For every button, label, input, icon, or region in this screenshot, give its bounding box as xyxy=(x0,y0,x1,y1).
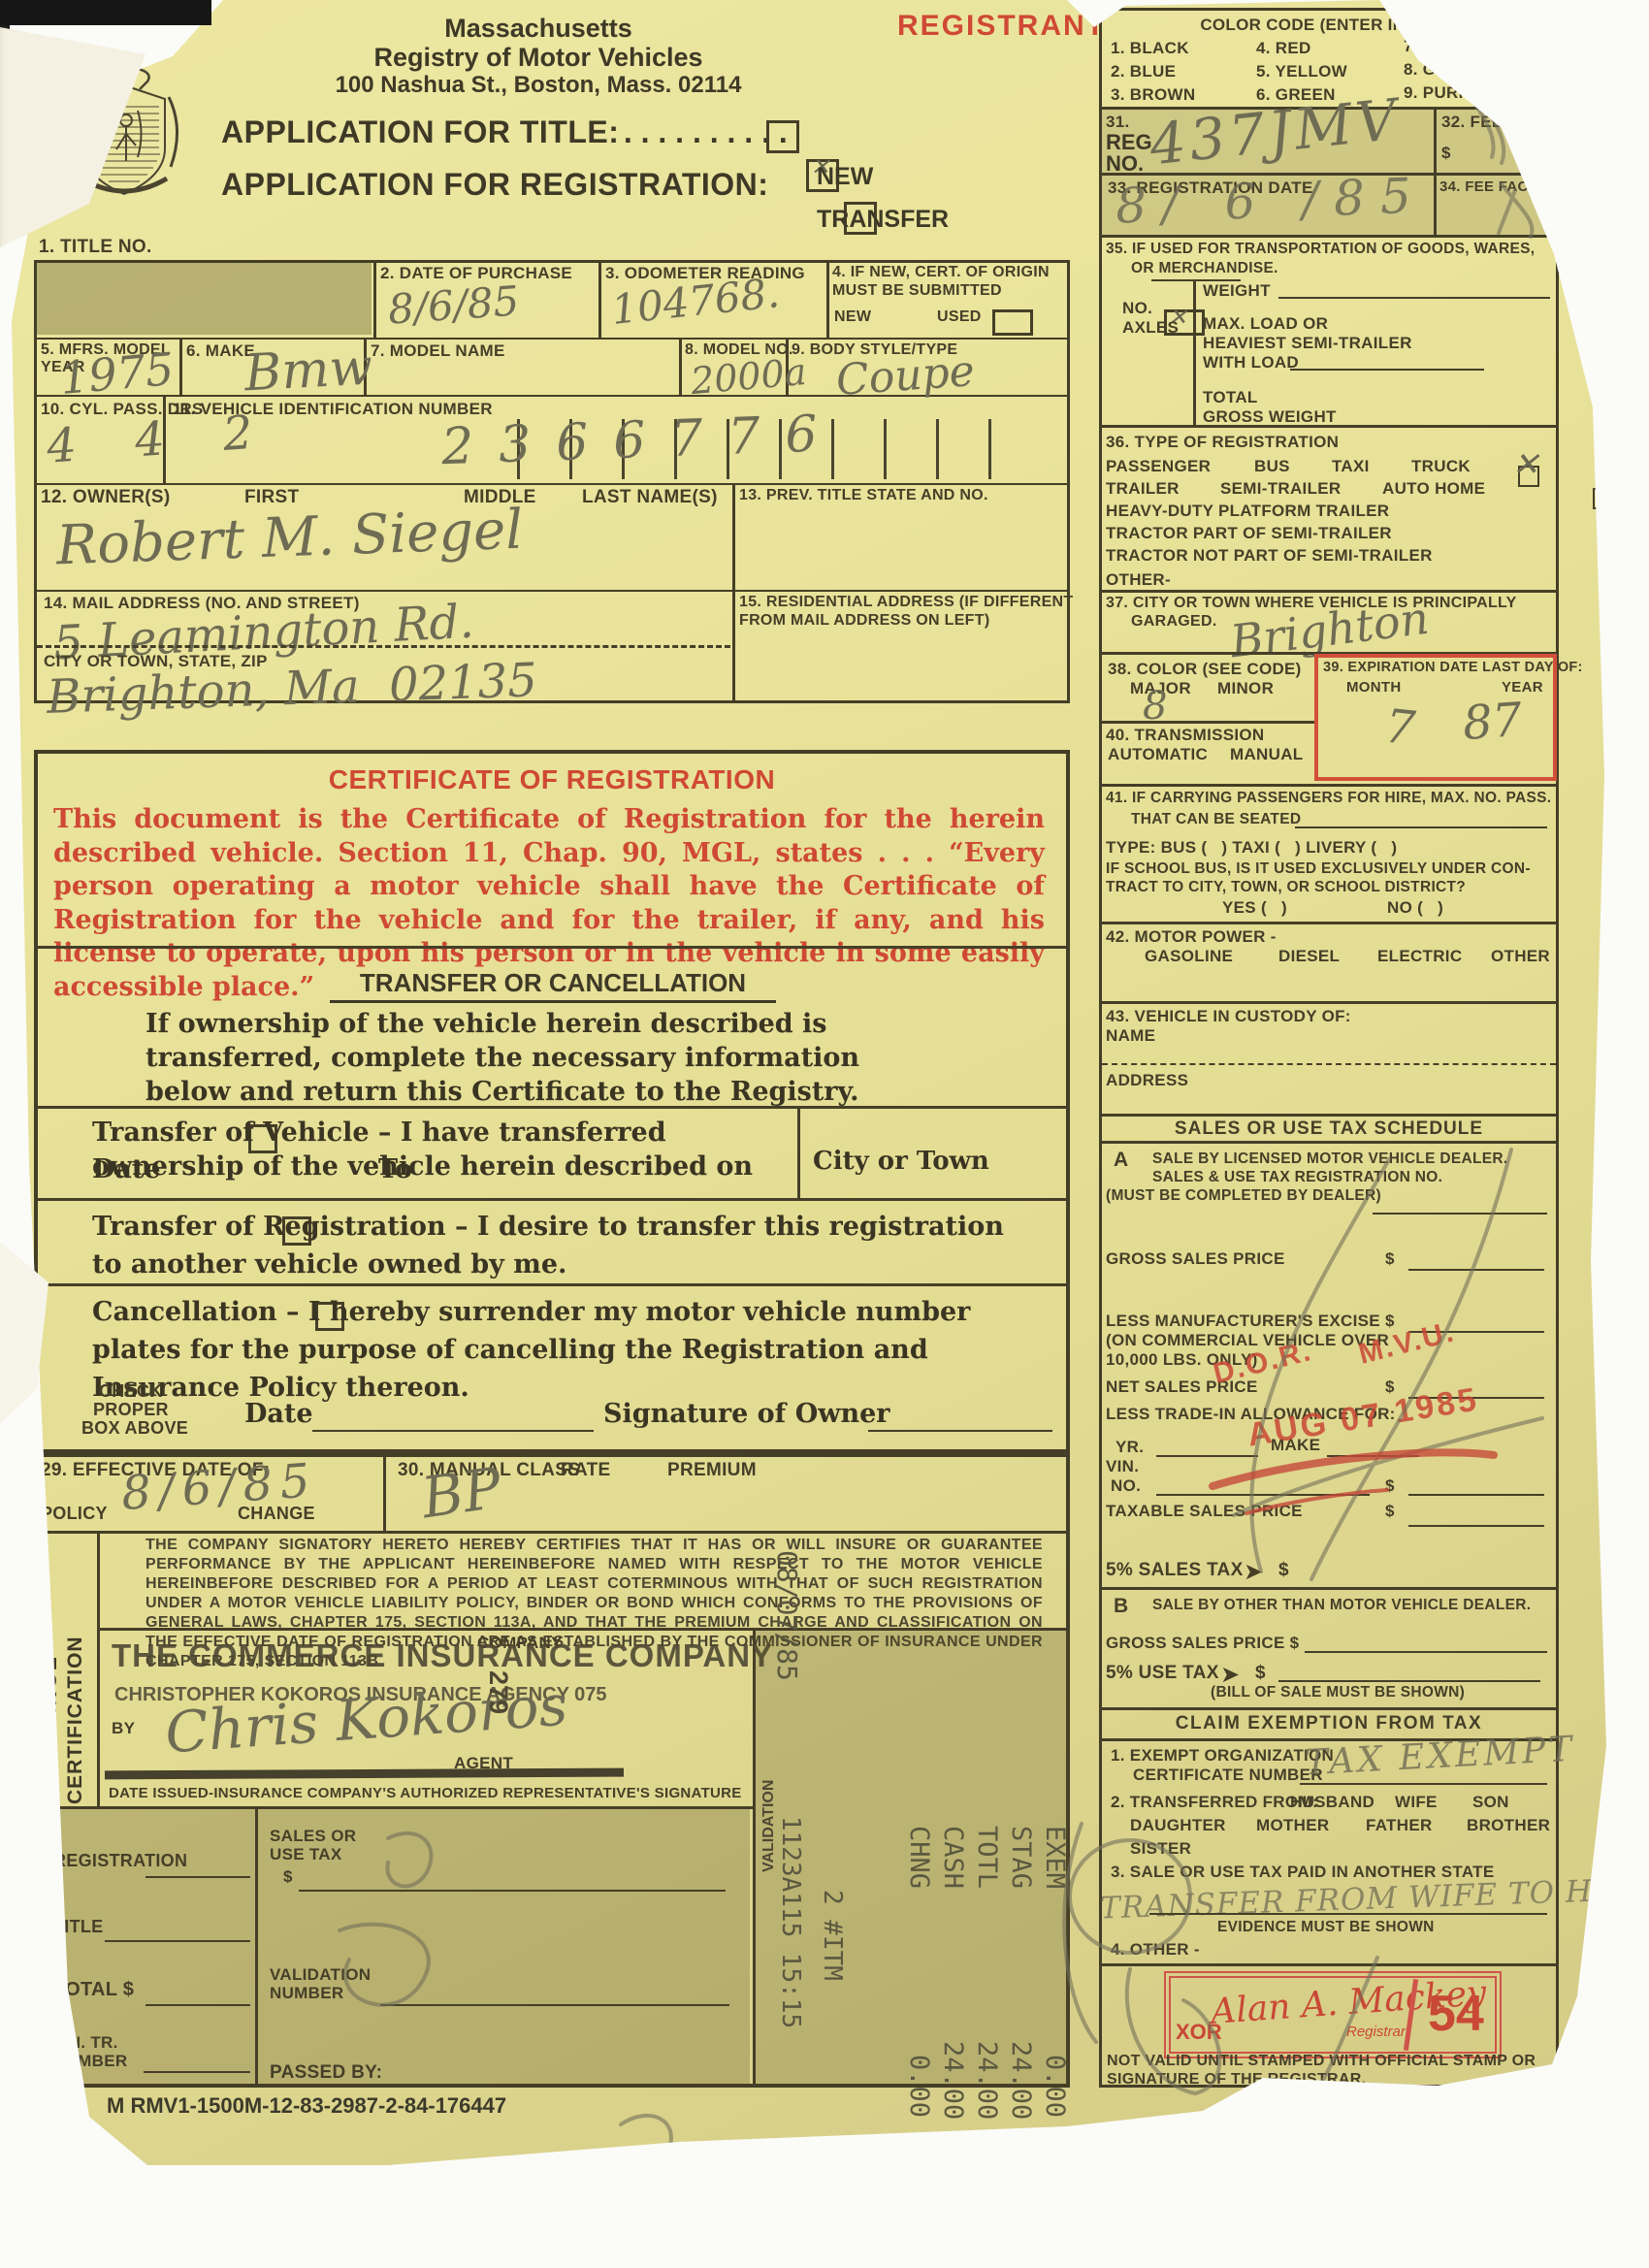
tax-b-label: B xyxy=(1114,1595,1128,1618)
field29-30-divider xyxy=(383,1453,386,1531)
field32-dollar: $ xyxy=(1441,144,1451,163)
sales-use-label2: USE TAX xyxy=(270,1845,342,1864)
fees-box-top xyxy=(34,1806,753,1809)
color-code-item-7: 7. WHITE xyxy=(1404,37,1477,56)
field33-value: 8/ 6 /85 xyxy=(1115,167,1428,234)
field15-line2: FROM MAIL ADDRESS ON LEFT) xyxy=(739,612,989,630)
tax-vin-dollar: $ xyxy=(1385,1476,1395,1496)
imprint-amount-exem: 0.00 xyxy=(1040,2055,1070,2171)
field40-auto-label: AUTOMATIC xyxy=(1108,745,1208,764)
color-code-item-2: 2. BLUE xyxy=(1111,62,1176,81)
field39-label: 39. EXPIRATION DATE LAST DAY OF: xyxy=(1323,660,1583,675)
f36-heavy-label: HEAVY-DUTY PLATFORM TRAILER xyxy=(1106,502,1389,521)
registrar-number: 54 xyxy=(1428,1985,1484,2043)
field43-label: 43. VEHICLE IN CUSTODY OF: xyxy=(1106,1007,1351,1026)
title-checkbox xyxy=(766,120,799,153)
field31-label: 31. xyxy=(1106,113,1130,132)
grid-v-r1a xyxy=(373,260,376,338)
premium-label: PREMIUM xyxy=(667,1460,757,1481)
tax-vin-label: VIN. xyxy=(1106,1457,1139,1476)
imprint-receipt-no: 1123A115 15:15 xyxy=(776,1816,805,2088)
certificate-divider xyxy=(34,946,1070,949)
insurance-vertical-divider xyxy=(97,1531,100,1806)
field4-used-label: USED xyxy=(937,308,982,326)
exemption-husband-label: HUSBAND xyxy=(1290,1793,1374,1812)
transfer-divider2 xyxy=(34,1283,1070,1286)
field39-year-value: 87 xyxy=(1461,693,1524,751)
tax-taxable-label: TAXABLE SALES PRICE xyxy=(1106,1502,1303,1521)
field6-value: Bmw xyxy=(243,339,374,404)
owner-date-line xyxy=(312,1430,594,1432)
cancellation-text: Cancellation – I hereby surrender my mot… xyxy=(92,1293,994,1407)
company-number: 279 xyxy=(483,1670,513,1763)
field35-weight-line xyxy=(1278,297,1550,299)
exemption-daughter-label: DAUGHTER xyxy=(1130,1816,1226,1835)
fin-tr-label1: FIN. TR. xyxy=(53,2033,118,2053)
field41-no: NO ( ) xyxy=(1387,898,1443,918)
rc-h-2024 xyxy=(1099,1963,1559,1966)
tax-yr-line xyxy=(1156,1455,1258,1457)
rc-h-1636 xyxy=(1099,1587,1559,1590)
grid-h3 xyxy=(34,483,1070,485)
signature-caption: DATE ISSUED-INSURANCE COMPANY'S AUTHORIZ… xyxy=(109,1785,742,1801)
tax-gross-label: GROSS SALES PRICE xyxy=(1106,1249,1285,1269)
title-fee-line xyxy=(105,1940,250,1942)
field39-month-value: 7 xyxy=(1382,699,1417,757)
exemption-item1b: CERTIFICATE NUMBER xyxy=(1133,1766,1323,1785)
tax-yr-label: YR. xyxy=(1115,1438,1144,1457)
tax-sales5-arrow-icon: ➤ xyxy=(1244,1558,1263,1586)
tax-make-line xyxy=(1327,1455,1419,1457)
imprint-amount-cash: 24.00 xyxy=(938,2041,968,2177)
company-stamp: THE COMMERCE INSURANCE COMPANY xyxy=(112,1637,773,1674)
title-no-field xyxy=(37,263,372,335)
field41-seated-line xyxy=(1295,826,1547,828)
insurance-vertical-label-1: INSURANCE xyxy=(39,1544,62,1801)
field38-label: 38. COLOR (SEE CODE) xyxy=(1108,660,1302,679)
exemption-item4: 4. OTHER - xyxy=(1111,1940,1200,1960)
fees-divider xyxy=(255,1806,258,2088)
registration-fee-line xyxy=(145,1876,250,1878)
field35-total2: GROSS WEIGHT xyxy=(1203,407,1337,427)
app-registration-label: APPLICATION FOR REGISTRATION: xyxy=(221,167,768,203)
scanner-edge-strip xyxy=(0,0,211,25)
imprint-amount-chng: 0.00 xyxy=(904,2055,934,2171)
imprint-amount-stag: 24.00 xyxy=(1006,2041,1036,2177)
color-code-item-8: 8. GRAY xyxy=(1404,60,1471,80)
tax-a-line1: SALE BY LICENSED MOTOR VEHICLE DEALER. xyxy=(1152,1150,1508,1168)
rc-h-1760 xyxy=(1099,1707,1559,1710)
city-or-town-divider xyxy=(797,1106,800,1198)
field35-divider xyxy=(1193,279,1196,425)
grid-v-r4 xyxy=(732,483,735,590)
exemption-brother-label: BROTHER xyxy=(1467,1816,1550,1835)
imprint-code-cash: CASH xyxy=(938,1826,968,1932)
tax-b-gross-line xyxy=(1305,1651,1547,1653)
field11-label: 11. VEHICLE IDENTIFICATION NUMBER xyxy=(173,400,493,419)
form-number: M RMV1-1500M-12-83-2987-2-84-176447 xyxy=(107,2093,506,2119)
f36-trailer-checkbox xyxy=(1593,488,1614,509)
validation-number-label2: NUMBER xyxy=(270,1984,343,2003)
field30-value: BP xyxy=(418,1455,505,1532)
field12-last-label: LAST NAME(S) xyxy=(582,487,718,508)
transfer-vehicle-text: Transfer of Vehicle – I have transferred… xyxy=(92,1116,776,1183)
color-code-item-4: 4. RED xyxy=(1256,39,1311,58)
exemption-son-label: SON xyxy=(1472,1793,1509,1812)
field41-type: TYPE: BUS ( ) TAXI ( ) LIVERY ( ) xyxy=(1106,838,1397,858)
rc-h-608 xyxy=(1099,590,1559,593)
grid-h4 xyxy=(34,590,1070,592)
registrant-label: REGISTRANT xyxy=(897,10,1106,43)
owner-signature-line xyxy=(868,1430,1052,1432)
color-code-item-1: 1. BLACK xyxy=(1111,39,1189,58)
transfer-intro: If ownership of the vehicle herein descr… xyxy=(145,1007,951,1109)
transfer-vehicle-city-label: City or Town xyxy=(813,1147,989,1176)
application-for-title-row: APPLICATION FOR TITLE: . . . . . . . . .… xyxy=(221,114,788,150)
rc-h-242 xyxy=(1099,235,1559,238)
by-label: BY xyxy=(112,1719,135,1738)
f36-tractor2-label: TRACTOR NOT PART OF SEMI-TRAILER xyxy=(1106,546,1433,566)
app-title-dots: . . . . . . . . . . xyxy=(624,114,788,149)
insurance-divider-top xyxy=(34,1531,1070,1534)
grid-v-r5 xyxy=(732,590,735,703)
transfer-label: TRANSFER xyxy=(817,206,949,234)
grid-h1 xyxy=(34,338,1070,340)
f36-taxi-label: TAXI xyxy=(1332,457,1370,476)
total-fee-line xyxy=(145,2004,250,2006)
f36-bus-label: BUS xyxy=(1254,457,1290,476)
rc-h-950 xyxy=(1099,922,1559,924)
rc-h-1032 xyxy=(1099,1001,1559,1004)
field40-manual-label: MANUAL xyxy=(1230,745,1303,764)
field42-electric-label: ELECTRIC xyxy=(1377,947,1462,966)
tax-use5-label: 5% USE TAX xyxy=(1106,1663,1219,1684)
app-title-label: APPLICATION FOR TITLE: xyxy=(221,114,619,149)
owner-date-label: Date xyxy=(244,1399,313,1429)
tax-gross-dollar: $ xyxy=(1385,1249,1395,1269)
field41-line2: THAT CAN BE SEATED xyxy=(1131,811,1301,828)
tax-header: SALES OR USE TAX SCHEDULE xyxy=(1106,1118,1552,1140)
f36-truck-label: TRUCK xyxy=(1411,457,1471,476)
grid-v-r1b xyxy=(598,260,601,338)
field29-change-label: CHANGE xyxy=(238,1504,315,1524)
transfer-registration-text: Transfer of Registration – I desire to t… xyxy=(92,1208,1004,1283)
field43-dashed xyxy=(1102,1063,1556,1065)
color-code-item-5: 5. YELLOW xyxy=(1256,62,1347,81)
f36-autohome-label: AUTO HOME xyxy=(1382,479,1485,499)
exemption-item2: 2. TRANSFERRED FROM: xyxy=(1111,1793,1318,1812)
imprint-code-chng: CHNG xyxy=(904,1826,934,1932)
tax-gross-line xyxy=(1408,1269,1544,1271)
tax-b-line1: SALE BY OTHER THAN MOTOR VEHICLE DEALER. xyxy=(1152,1597,1531,1614)
field36-label: 36. TYPE OF REGISTRATION xyxy=(1106,433,1339,452)
imprint-date: 08/07/85 xyxy=(771,1550,803,1725)
imprint-code-totl: TOTL xyxy=(972,1826,1002,1932)
tax-excise-dollar: $ xyxy=(1385,1312,1395,1331)
field43-address-label: ADDRESS xyxy=(1106,1071,1188,1090)
transfer-vehicle-to-label: To xyxy=(378,1154,412,1184)
tax-a-line2: SALES & USE TAX REGISTRATION NO. xyxy=(1152,1169,1442,1186)
tax-sales5-label: 5% SALES TAX xyxy=(1106,1560,1244,1581)
field34-label: 34. FEE FACTOR xyxy=(1439,178,1560,195)
insurance-vertical-label-2: CERTIFICATION xyxy=(64,1538,87,1804)
rc-v-33-34 xyxy=(1434,173,1437,235)
field35-line2: OR MERCHANDISE. xyxy=(1131,260,1278,277)
field42-other-label: OTHER xyxy=(1491,947,1550,966)
fin-tr-label2: NUMBER xyxy=(53,2052,127,2071)
exemption-cert-line xyxy=(1300,1783,1547,1785)
total-fee-label: TOTAL $ xyxy=(53,1979,134,2001)
rc-h-1176 xyxy=(1099,1141,1559,1144)
title-fee-label: TITLE xyxy=(53,1917,104,1937)
color-code-item-9: 9. PURPLE xyxy=(1404,83,1492,103)
color-code-item-3: 3. BROWN xyxy=(1111,85,1195,105)
imprint-amount-totl: 24.00 xyxy=(972,2041,1002,2177)
f36-semi-label: SEMI-TRAILER xyxy=(1220,479,1341,499)
tax-sales5-dollar: $ xyxy=(1278,1560,1289,1581)
field41-school1: IF SCHOOL BUS, IS IT USED EXCLUSIVELY UN… xyxy=(1106,860,1531,878)
f36-bus-checkbox xyxy=(1625,466,1646,487)
header-registry: Registry of Motor Vehicles xyxy=(247,43,829,73)
exemption-header: CLAIM EXEMPTION FROM TAX xyxy=(1106,1713,1552,1734)
tax-a-regno-line xyxy=(1373,1213,1547,1215)
field2-value: 8/6/85 xyxy=(386,276,520,333)
validation-number-line xyxy=(380,2004,729,2006)
grid-v-r1c xyxy=(826,260,829,338)
transfer-divider0 xyxy=(34,1106,1070,1109)
exemption-father-label: FATHER xyxy=(1366,1816,1433,1835)
field35-weight: WEIGHT xyxy=(1203,281,1271,301)
field37-line2: GARAGED. xyxy=(1131,613,1217,631)
field1-label: 1. TITLE NO. xyxy=(39,237,152,258)
tax-excise1: LESS MANUFACTURER'S EXCISE xyxy=(1106,1312,1380,1331)
transfer-vehicle-date-label: Date xyxy=(92,1154,161,1184)
color-code-title: COLOR CODE (ENTER IN BLOC xyxy=(1106,16,1552,35)
grid-v-r2a xyxy=(179,338,182,395)
field43-name-label: NAME xyxy=(1106,1026,1155,1046)
field41-school2: TRACT TO CITY, TOWN, OR SCHOOL DISTRICT? xyxy=(1106,879,1466,896)
field41-line1: 41. IF CARRYING PASSENGERS FOR HIRE, MAX… xyxy=(1106,790,1551,807)
field35-axles1: NO. xyxy=(1122,299,1152,318)
rate-label: RATE xyxy=(561,1460,611,1481)
field15-line1: 15. RESIDENTIAL ADDRESS (IF DIFFERENT xyxy=(739,594,1073,611)
imprint-code-stag: STAG xyxy=(1006,1826,1036,1932)
field35-total1: TOTAL xyxy=(1203,388,1258,407)
field29-policy-label: POLICY xyxy=(41,1504,108,1524)
fin-tr-line xyxy=(144,2071,250,2073)
scanned-form-paper: Massachusetts Registry of Motor Vehicles… xyxy=(0,0,1649,2268)
tax-a-note: (MUST BE COMPLETED BY DEALER) xyxy=(1106,1187,1381,1205)
exemption-item1a: 1. EXEMPT ORGANIZATION xyxy=(1111,1746,1334,1766)
registrar-title: Registrar xyxy=(1346,2024,1406,2040)
grid-v-r2c xyxy=(679,338,682,395)
header-state: Massachusetts xyxy=(247,14,829,44)
transfer-divider1 xyxy=(34,1198,1070,1201)
tax-taxable-dollar: $ xyxy=(1385,1502,1395,1521)
f36-passenger-label: PASSENGER xyxy=(1106,457,1211,476)
tax-excise2: (ON COMMERCIAL VEHICLE OVER xyxy=(1106,1331,1389,1350)
rc-h-1148 xyxy=(1099,1114,1559,1117)
field40-label: 40. TRANSMISSION xyxy=(1106,726,1265,745)
field12-first-label: FIRST xyxy=(244,487,299,508)
field42-diesel-label: DIESEL xyxy=(1278,947,1340,966)
tax-vin-line xyxy=(1156,1494,1370,1496)
check-note-1: CHECK xyxy=(99,1381,163,1402)
f36-tractor1-label: TRACTOR PART OF SEMI-TRAILER xyxy=(1106,524,1392,543)
field35-load-line xyxy=(1290,369,1484,371)
header-address: 100 Nashua St., Boston, Mass. 02114 xyxy=(247,72,829,99)
tax-bill-note: (BILL OF SALE MUST BE SHOWN) xyxy=(1211,1684,1465,1701)
f36-passenger-checkbox xyxy=(1518,466,1539,487)
exemption-wife-label: WIFE xyxy=(1395,1793,1438,1812)
field5-value: 1975 xyxy=(58,342,176,405)
tax-b-gross: GROSS SALES PRICE $ xyxy=(1106,1634,1299,1653)
check-note-2: PROPER xyxy=(93,1400,169,1420)
field4-new-label: NEW xyxy=(834,308,871,326)
field35-max3: WITH LOAD xyxy=(1203,353,1299,373)
exemption-item3-line xyxy=(1149,1913,1547,1915)
field38-minor: MINOR xyxy=(1217,679,1274,698)
field9-value: Coupe xyxy=(834,346,976,405)
field35-max1: MAX. LOAD OR xyxy=(1203,314,1328,334)
field35-axles2: AXLES xyxy=(1122,318,1179,338)
rc-h-438 xyxy=(1099,425,1559,428)
field4-new-checkbox xyxy=(992,309,1033,336)
tax-vin-dollar-line xyxy=(1408,1494,1544,1496)
tax-taxable-line xyxy=(1408,1525,1544,1527)
sales-use-label1: SALES OR xyxy=(270,1827,356,1846)
fees-box-shading xyxy=(37,1806,750,2085)
registration-fee-label: REGISTRATION xyxy=(53,1851,187,1871)
field7-label: 7. MODEL NAME xyxy=(371,341,505,361)
passed-by-label: PASSED BY: xyxy=(270,2062,382,2084)
tax-use5-dollar: $ xyxy=(1255,1663,1266,1684)
field4-line2: MUST BE SUBMITTED xyxy=(832,282,1002,300)
sales-use-line xyxy=(299,1890,726,1892)
field13-label: 13. PREV. TITLE STATE AND NO. xyxy=(739,487,988,504)
new-label: NEW xyxy=(817,163,873,191)
address-dashed-line xyxy=(37,645,730,648)
exemption-sister-label: SISTER xyxy=(1130,1839,1191,1859)
field42-label: 42. MOTOR POWER - xyxy=(1106,927,1277,947)
imprint-code-exem: EXEM xyxy=(1040,1826,1070,1932)
registrar-note1: NOT VALID UNTIL STAMPED WITH OFFICIAL ST… xyxy=(1107,2053,1536,2070)
rc-v-31-32 xyxy=(1434,107,1437,173)
field39-month: MONTH xyxy=(1346,679,1402,696)
tax-use5-line xyxy=(1278,1680,1540,1682)
f36-other-label: OTHER- xyxy=(1106,570,1171,590)
sales-use-dollar: $ xyxy=(283,1867,293,1887)
exemption-evidence: EVIDENCE MUST BE SHOWN xyxy=(1217,1919,1435,1936)
transfer-section-title: TRANSFER OR CANCELLATION xyxy=(330,968,776,1003)
f36-trailer-label: TRAILER xyxy=(1106,479,1180,499)
field41-yes: YES ( ) xyxy=(1222,898,1287,918)
check-note-3: BOX ABOVE xyxy=(81,1418,188,1439)
field32-label: 32. FEE xyxy=(1441,113,1503,132)
rc-h-808 xyxy=(1099,784,1559,787)
exemption-mother-label: MOTHER xyxy=(1256,1816,1329,1835)
registrar-note2: SIGNATURE OF THE REGISTRAR. xyxy=(1107,2071,1366,2089)
tax-no-label: NO. xyxy=(1111,1476,1141,1496)
field42-gas-label: GASOLINE xyxy=(1145,947,1233,966)
tax-a-label: A xyxy=(1114,1149,1128,1172)
field4-line1: 4. IF NEW, CERT. OF ORIGIN xyxy=(832,264,1050,281)
owner-signature-label: Signature of Owner xyxy=(603,1399,889,1429)
imprint-items-count: 2 #ITM xyxy=(818,1890,847,2055)
validation-number-label1: VALIDATION xyxy=(270,1965,371,1985)
field35-line1: 35. IF USED FOR TRANSPORTATION OF GOODS,… xyxy=(1106,241,1535,258)
field12-label: 12. OWNER(S) xyxy=(41,487,170,508)
certificate-title: CERTIFICATE OF REGISTRATION xyxy=(39,764,1065,795)
field35-max2: HEAVIEST SEMI-TRAILER xyxy=(1203,334,1412,353)
rc-h-743 xyxy=(1099,721,1316,724)
